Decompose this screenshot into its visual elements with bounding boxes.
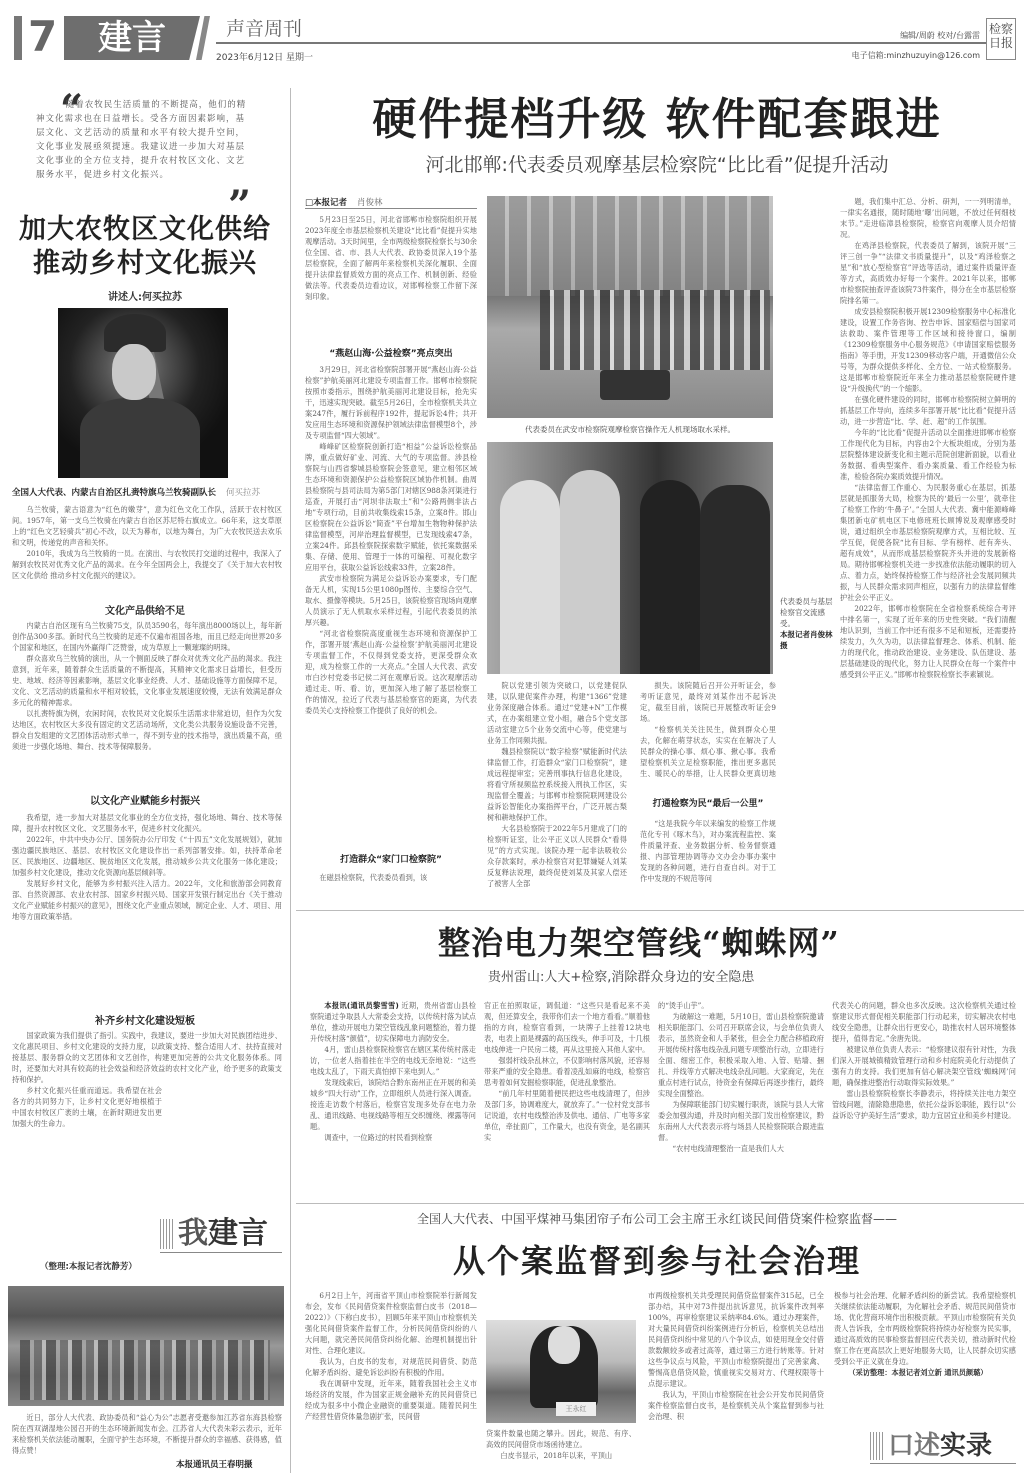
paragraph: 雷山县检察院检察长李静表示，将持续关注电力架空管线问题，清除隐患隐患，依托公益诉… [832,1088,1016,1121]
paragraph: 3月29日，河北省检察院部署开展“燕赵山海·公益检察”护航美丽河北建设专项监督工… [305,364,477,441]
badge-bars [870,1432,884,1460]
left-title-line1: 加大农牧区文化供给 [10,213,280,247]
left-title-line2: 推动乡村文化振兴 [10,247,280,281]
byline-name: 肖俊林 [357,198,383,208]
paragraph: 4月，雷山县检察院检察官在辖区某传统村落走访，一位老人指着挂在半空的电线无奈地说… [310,1044,476,1077]
portrait-caption: 全国人大代表、内蒙古自治区扎赉特旗乌兰牧骑副队长何买拉苏 [12,486,282,498]
paragraph: 调查中，一位路过的村民看到检察 [310,1132,476,1143]
paragraph: 魏县检察院以“数字检察”赋能新时代法律监督工作，打造群众“家门口检察院”，建成远… [487,746,627,823]
bottom-photo-caption: 近日，部分人大代表、政协委员和“益心为公”志愿者受邀参加江苏省东海县检察院在西双… [12,1412,282,1456]
main-col1-body: 3月29日，河北省检察院部署开展“燕赵山海·公益检察”护航美丽河北建设专项监督工… [305,364,477,836]
photo2-credit: 本报记者肖俊林摄 [780,630,833,650]
paragraph: 在鸡泽县检察院，代表委员了解到，该院开展“三评三创一争”“法律文书质量提升”，以… [840,240,1016,306]
paragraph: 武安市检察院为满足公益诉讼办案要求，专门配备无人机，实现15公里1080p图传、… [305,573,477,628]
paragraph: 群众喜欢乌兰牧骑的演出，从一个侧面反映了群众对优秀文化产品的渴求。我注意到，近年… [12,653,282,708]
paragraph: 发展好乡村文化，能够为乡村振兴注入活力。2022年，文化和旅游部会同教育部、自然… [12,878,282,922]
bottom-photo-credit: 本报通讯员王春明摄 [176,1458,253,1470]
main-col2: 院以党建引领为突破口，以党建促队建，以队建促案件办理，构建“1366”党建业务深… [487,680,627,898]
editors-credit: 编辑/周蔚 校对/台露雷 [900,30,980,41]
badge-light-text: 口述 [888,1431,940,1461]
paragraph: 为保障联能部门切实履行职责，该院与县人大常委会加强沟通，并及时向相关部门发出检察… [658,1099,824,1143]
paragraph: 我认为，白皮书的发布，对规范民间借贷、防范化解矛盾纠纷、避免诉讼纠纷有积极的作用… [305,1356,477,1378]
paragraph: 院以党建引领为突破口，以党建促队建，以队建促案件办理，构建“1366”党建业务深… [487,680,627,746]
left-subheading-2: 以文化产业赋能乡村振兴 [0,792,290,807]
photo2-person [640,480,700,674]
main-subheading-1: “燕赵山海·公益检察”亮点突出 [305,346,477,359]
main-col3-tail: “这是我院今年以来编发的检察工作规范化专刊《啄木鸟》，对办案流程监控、案件质量评… [640,818,776,898]
a3-credit: （采访整理：本报记者刘立新 通讯员颜璐） [834,1367,1016,1378]
byline-label: □本报记者 [305,198,347,208]
photo2-person [700,485,770,674]
left-article-title: 加大农牧区文化供给 推动乡村文化振兴 [10,213,280,281]
header-rule [216,42,986,44]
paragraph: 在磁县检察院，代表委员看到，该 [305,872,477,883]
paragraph: 以扎赉特旗为例，农闲时间，农牧民对文化娱乐生活需求非常迫切，但作为欠发达地区，农… [12,708,282,752]
caption-name: 何买拉苏 [226,488,260,498]
photo2-caption: 代表委员与基层检察官交流感受。本报记者肖俊林摄 [780,596,838,651]
paragraph: 我希望，进一步加大对基层文化事业的全方位支持，强化场地、舞台、技术等保障，提升农… [12,812,282,834]
paragraph: “这是我院今年以来编发的检察工作规范化专刊《啄木鸟》，对办案流程监控、案件质量评… [640,818,776,884]
paragraph: 内蒙古自治区现有乌兰牧骑75支，队员3590名，每年演出8000场以上，每年新创… [12,620,282,653]
main-headline: 硬件提档升级 软件配套跟进 [290,92,1024,148]
paragraph: 大名县检察院于2022年5月建成了门的检察听证室，让公平正义以人民群众“看得见”… [487,823,627,889]
ecology-photo-people [20,1340,270,1400]
a3-col2: 贷案件数量也随之攀升。因此，规范、有序、高效的民间借贷市场函待建立。 白皮书显示… [486,1428,636,1473]
speaker-credit: 讲述人:何买拉苏 [0,288,290,303]
pull-quote: 随着农牧民生活质量的不断提高，他们的精神文化需求也在日益增长。受各方面因素影响，… [36,98,250,182]
article-divider [296,1203,1024,1204]
left-section-1: 内蒙古自治区现有乌兰牧骑75支，队员3590名，每年演出8000场以上，每年新创… [12,620,282,772]
paragraph: “前几年村里随着便民把这些电线清理了，但涉及部门多，协调难度大，就放弃了。”一位… [484,1088,650,1143]
issue-date: 2023年6月12日 星期一 [216,50,313,63]
main-subheadline: 河北邯郸:代表委员观摩基层检察院“比比看”促提升活动 [290,150,1024,177]
paragraph: 我在调研中发现，近年来，随着我国社会主义市场经济的发展，作为国家正规金融补充的民… [305,1378,477,1422]
photo1-drone [600,370,670,400]
a2-col4: 代表关心的问题，群众也多次反映。这次检察机关通过检察建议形式督促相关职能部门行动… [832,1000,1016,1198]
photo3-face [548,1326,580,1364]
badge-dark-text: 建言 [208,1216,268,1251]
column-badge-wojianyan: 我建言 [160,1215,282,1253]
photo1-people [540,290,770,370]
paragraph: 强弱杆线杂乱林立，不仅影响村落风貌，还容易带来严重的安全隐患。看着凌乱如麻的电线… [484,1055,650,1088]
byline-rule [305,208,477,209]
loan-kicker: 全国人大代表、中国平煤神马集团帘子布公司工会主席王永红谈民间借贷案件检察监督—— [290,1210,1024,1227]
page-number-bar [14,16,22,60]
paragraph: 2022年，邯郸市检察院在全省检察系统综合考评中排名第一，实现了近年来的历史性突… [840,603,1016,680]
main-subheading-2: 打造群众“家门口检察院” [305,852,477,865]
paragraph: 峰峰矿区检察院创新打造“相益”公益诉讼检察品牌，重点做好矿业、河流、大气的专项监… [305,441,477,573]
caption-title: 全国人大代表、内蒙古自治区扎赉特旗乌兰牧骑副队长 [12,488,216,498]
main-byline: □本报记者肖俊林 [305,196,383,208]
paragraph: 本报讯(通讯员黎雪雪) 近期，贵州省雷山县检察院通过争取县人大常委会支持，以传统… [310,1000,476,1044]
paragraph: 发现线索后，该院结合黔东南州正在开展的和美城乡“四大行动”工作，立即组织人员进行… [310,1077,476,1132]
a2-col1: 本报讯(通讯员黎雪雪) 近期，贵州省雷山县检察院通过争取县人大常委会支持，以传统… [310,1000,476,1198]
newspaper-logo: 检察日报 [986,18,1016,60]
photo1-building [487,196,773,296]
paragraph: 今年的“比比看”促提升活动以全面推进邯郸市检察工作现代化为目标，内容由2个大板块… [840,427,1016,482]
power-lines-headline: 整治电力架空管线“蜘蛛网” [420,922,1024,964]
paragraph: 贷案件数量也随之攀升。因此，规范、有序、高效的民间借贷市场函待建立。 [486,1428,636,1450]
paragraph: “河北省检察院高度重视生态环境和资源保护工作，部署开展‘燕赵山海·公益检察’护航… [305,628,477,716]
paragraph: 为破解这一难题，5月10日，雷山县检察院邀请相关职能部门、公司召开联席会议，与会… [658,1011,824,1099]
paragraph: 代表关心的问题，群众也多次反映。这次检察机关通过检察建议形式督促相关职能部门行动… [832,1000,1016,1044]
page-number: 7 [28,12,57,62]
left-section-2: 我希望，进一步加大对基层文化事业的全方位支持，强化场地、舞台、技术等保障，提升农… [12,812,282,1002]
photo2-person [500,480,560,674]
a3-col1: 6月2日上午，河南省平顶山市检察院举行新闻发布会，发布《民间借贷案件检察监督白皮… [305,1290,477,1473]
a2-col3: 的“烫手山芋”。 为破解这一难题，5月10日，雷山县检察院邀请相关职能部门、公司… [658,1000,824,1198]
paragraph: “农村电线清理整治一直是我们人大 [658,1143,824,1154]
a3-col3: 市两级检察机关共受理民间借贷监督案件315起，已全部办结，其中对73件提出抗诉意… [648,1290,824,1473]
a3-col4: 极参与社会治理、化解矛盾纠纷的新尝试。我希望检察机关继续依法能动履职，为化解社会… [834,1290,1016,1408]
paragraph: 在强化硬件建设的同时，邯郸市检察院树立鲜明的抓基层工作导向，连续多年部署开展“比… [840,394,1016,427]
main-subheading-3: 打通检察为民“最后一公里” [640,796,776,809]
paragraph: 乌兰牧骑，蒙古语意为“红色的嫩芽”，意为红色文化工作队，活跃于农村牧区间。195… [12,504,282,548]
paragraph: 极参与社会治理、化解矛盾纠纷的新尝试。我希望检察机关继续依法能动履职，为化解社会… [834,1290,1016,1367]
power-lines-subheadline: 贵州雷山:人大+检察,消除群众身边的安全隐患 [420,966,1024,985]
photo2-caption-text: 代表委员与基层检察官交流感受。 [780,596,838,629]
paragraph: 市两级检察机关共受理民间借贷监督案件315起，已全部办结，其中对73件提出抗诉意… [648,1290,824,1389]
lead-label: 本报讯(通讯员黎雪雪) [324,1001,398,1010]
paragraph: 我认为，平顶山市检察院在社会公开发布民间借贷案件检察监督白皮书，是检察机关从个案… [648,1389,824,1422]
paragraph: 的“烫手山芋”。 [658,1000,824,1011]
a2-col2: 官正在拍照取证，调侃道：“这些只是看起来不美观，但还算安全，我带你们去一个地方看… [484,1000,650,1198]
paragraph: 官正在拍照取证，调侃道：“这些只是看起来不美观，但还算安全，我带你们去一个地方看… [484,1000,650,1055]
paragraph: 2010年，我成为乌兰牧骑的一员。在演出、与农牧民打交道的过程中，我深入了解到农… [12,548,282,581]
article-divider [296,910,1024,911]
main-col4: 题，我们集中汇总、分析、研判，一一列明清单，一律实名通报，随时随地‘曝’出问题，… [840,196,1016,898]
contact-email: 电子信箱:minzhuzuyin@126.com [852,50,980,61]
left-credit: （整理:本报记者沈静芳） [40,1260,137,1272]
left-intro: 乌兰牧骑，蒙古语意为“红色的嫩芽”，意为红色文化工作队，活跃于农村牧区间。195… [12,504,282,600]
paragraph: 题，我们集中汇总、分析、研判，一一列明清单，一律实名通报，随时随地‘曝’出问题，… [840,196,1016,240]
badge-bars [160,1219,174,1249]
photo1-caption: 代表委员在武安市检察院观摩检察官操作无人机现场取水采样。 [487,424,773,435]
paragraph: 损失。该院随后召开公开听证会，参考听证意见，最终对刘某作出不起诉决定，截至目前，… [640,680,776,724]
photo3-nameplate: 王永红 [556,1402,596,1416]
paragraph: 2022年，中共中央办公厅、国务院办公厅印发《“十四五”文化发展规划》，就加强边… [12,834,282,878]
photo2-person [560,470,620,674]
portrait-face [112,344,156,400]
badge-dark-text: 实录 [940,1431,992,1461]
left-subheading-3: 补齐乡村文化建设短板 [0,1012,290,1027]
paragraph: 5月23日至25日，河北省邯郸市检察院组织开展2023年度全市基层检察机关建设“… [305,214,477,302]
main-col1-lead: 5月23日至25日，河北省邯郸市检察院组织开展2023年度全市基层检察机关建设“… [305,214,477,340]
paragraph: 白皮书显示，2018年以来，平顶山 [486,1450,636,1461]
paragraph: 被建议单位负责人表示：“检察建议很有针对性，为我们深入开展城镇精致管理行动和乡村… [832,1044,1016,1088]
badge-light-text: 我 [178,1216,208,1251]
paragraph: 成安县检察院积极开展12309检察服务中心标准化建设，设置工作务咨询、控告申诉、… [840,306,1016,394]
left-section-3: 国家政策为我们提供了指引。实践中，我建议，要进一步加大对民族团结进步、文化惠民项… [12,1030,282,1220]
paragraph: 国家政策为我们提供了指引。实践中，我建议，要进一步加大对民族团结进步、文化惠民项… [12,1030,282,1085]
column-badge-koushu: 口述实录 [870,1428,1016,1464]
portrait-body [80,398,200,478]
loan-headline: 从个案监督到参与社会治理 [290,1240,1024,1282]
main-col3: 损失。该院随后召开公开听证会，参考听证意见，最终对刘某作出不起诉决定，截至目前，… [640,680,776,780]
main-col1-tail: 在磁县检察院，代表委员看到，该 [305,872,477,894]
paragraph: “法律监督工作重心、为民服务重心在基层，抓基层就是抓服务大局，检察为民的‘最后一… [840,482,1016,603]
section-title: 建言 [64,16,200,60]
left-subheading-1: 文化产品供给不足 [0,602,290,617]
paragraph: 6月2日上午，河南省平顶山市检察院举行新闻发布会，发布《民间借贷案件检察监督白皮… [305,1290,477,1356]
supplement-title: 声音周刊 [226,14,302,41]
paragraph: “检察机关关注民生，做到群众心里去，化解在萌芽状态，实实在在解决了人民群众的操心… [640,724,776,780]
paragraph: 乡村文化振兴任重而道远。我希望在社会各方的共同努力下，让乡村文化更好地根植于中国… [12,1085,162,1129]
